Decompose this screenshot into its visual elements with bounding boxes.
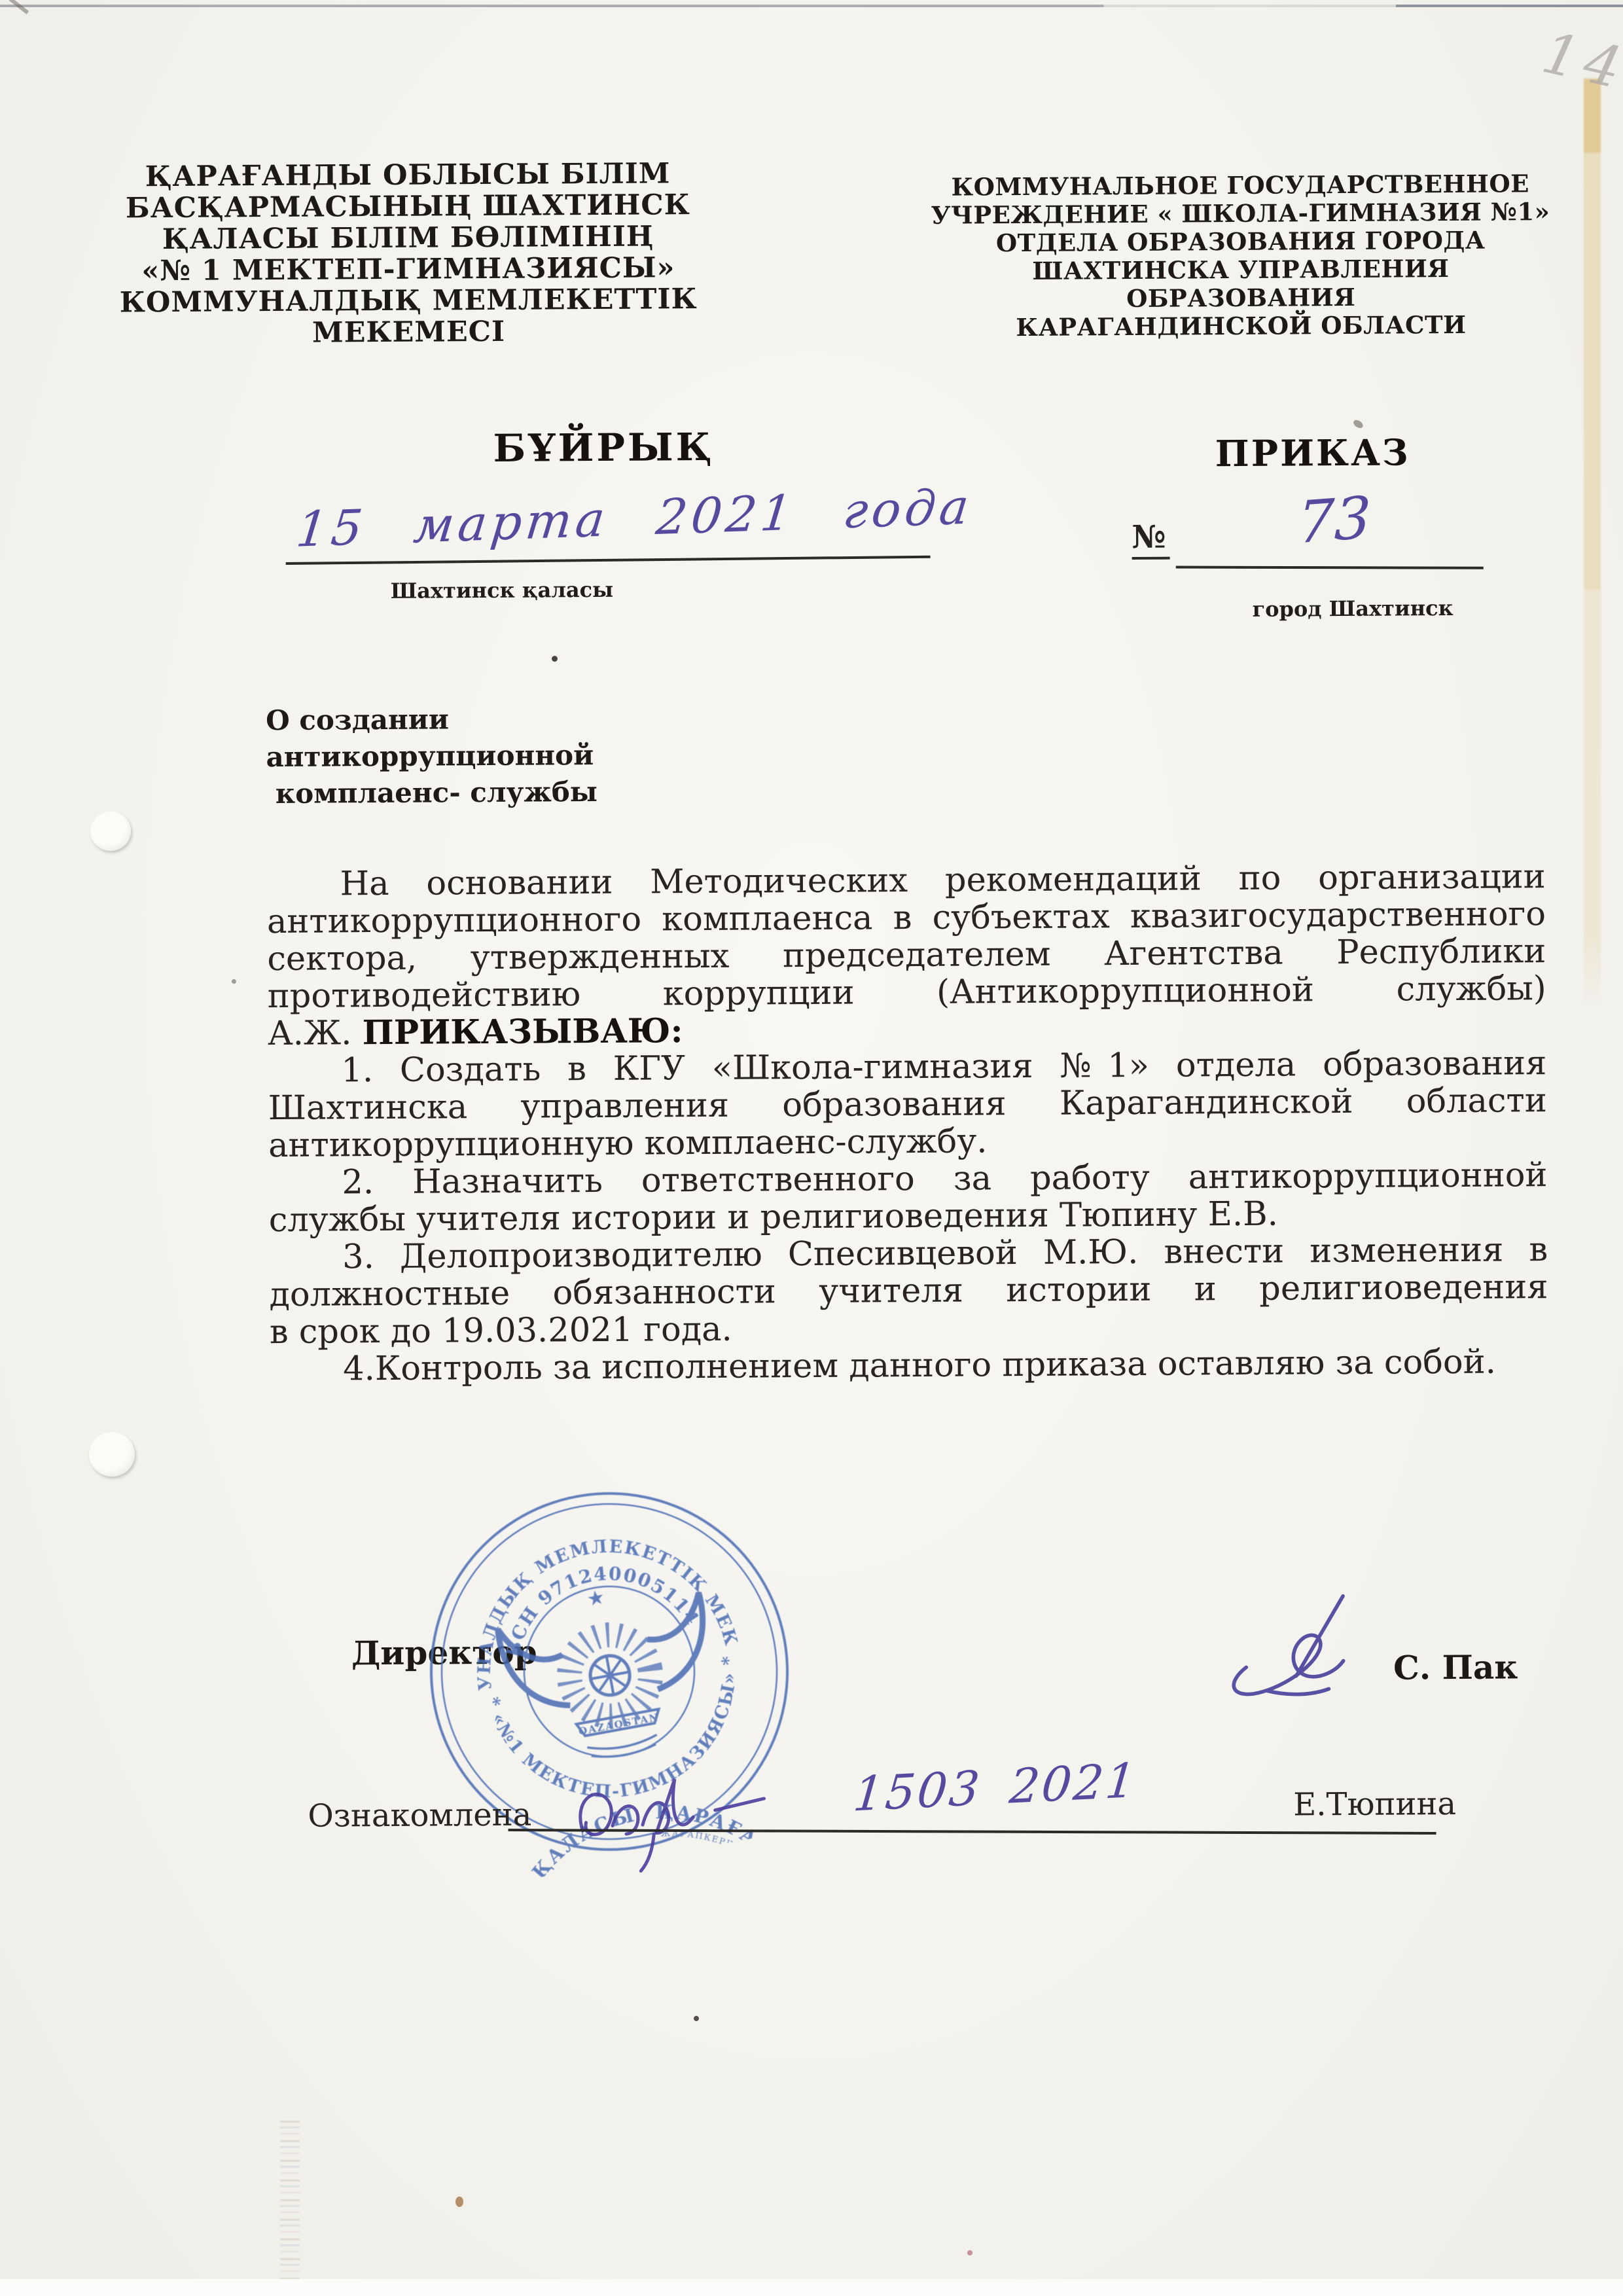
org-name-kazakh: ҚАРАҒАНДЫ ОБЛЫСЫ БІЛІМ БАСҚАРМАСЫНЫҢ ШАХ… bbox=[107, 158, 710, 350]
number-sign: № bbox=[1132, 519, 1170, 560]
body-line: 4.Контроль за исполнением данного приказ… bbox=[270, 1343, 1548, 1388]
org-name-ru-line: КАРАГАНДИНСКОЙ ОБЛАСТИ bbox=[920, 310, 1561, 342]
scan-speck bbox=[1352, 418, 1364, 429]
handwritten-order-number: 73 bbox=[1297, 483, 1372, 556]
org-name-ru-line: УЧРЕЖДЕНИЕ « ШКОЛА-ГИМНАЗИЯ №1» bbox=[919, 198, 1561, 230]
number-underline bbox=[1176, 566, 1484, 569]
org-name-kk-line: ҚАЛАСЫ БІЛІМ БӨЛІМІНІҢ bbox=[107, 221, 709, 256]
acknowledged-signature bbox=[568, 1740, 876, 1873]
order-body: На основании Методических рекомендаций п… bbox=[266, 858, 1548, 1388]
document-page: 14 ҚАРАҒАНДЫ ОБЛЫСЫ БІЛІМ БАСҚАРМАСЫНЫҢ … bbox=[0, 0, 1623, 2296]
org-name-ru-line: ОТДЕЛА ОБРАЗОВАНИЯ ГОРОДА bbox=[920, 226, 1561, 258]
acknowledged-label: Ознакомлена bbox=[308, 1797, 531, 1835]
org-name-kk-line: КОММУНАЛДЫҚ МЕМЛЕКЕТТІК bbox=[107, 283, 709, 319]
body-line: 2. Назначить ответственного за работу ан… bbox=[268, 1157, 1547, 1202]
subject-line: антикоррупционной bbox=[266, 736, 763, 776]
svg-text:★: ★ bbox=[585, 1586, 607, 1611]
org-name-kk-line: ҚАРАҒАНДЫ ОБЛЫСЫ БІЛІМ bbox=[107, 158, 709, 193]
date-underline bbox=[286, 556, 931, 565]
place-russian: город Шахтинск bbox=[1228, 596, 1477, 622]
director-signature bbox=[1219, 1587, 1376, 1706]
org-name-ru-line: КОММУНАЛЬНОЕ ГОСУДАРСТВЕННОЕ bbox=[919, 170, 1561, 202]
subject-line: О создании bbox=[266, 699, 763, 739]
director-name: С. Пак bbox=[1393, 1647, 1518, 1687]
place-kazakh: Шахтинск қаласы bbox=[384, 577, 620, 603]
org-name-kk-line: БАСҚАРМАСЫНЫҢ ШАХТИНСК bbox=[107, 189, 709, 224]
body-line: противодействию коррупции (Антикоррупцио… bbox=[268, 970, 1546, 1015]
order-title-russian: ПРИКАЗ bbox=[1116, 430, 1508, 475]
org-name-ru-line: ШАХТИНСКА УПРАВЛЕНИЯ ОБРАЗОВАНИЯ bbox=[920, 254, 1562, 314]
handwritten-ack-date: 1503 2021 bbox=[851, 1753, 1139, 1822]
body-line: Шахтинска управления образования Караган… bbox=[268, 1082, 1547, 1127]
order-title-kazakh: БҰЙРЫҚ bbox=[407, 424, 800, 471]
org-name-kk-line: МЕКЕМЕСІ bbox=[107, 315, 709, 350]
order-subject: О создании антикоррупционной комплаенс- … bbox=[266, 699, 764, 812]
subject-line: комплаенс- службы bbox=[266, 772, 764, 812]
acknowledged-name: Е.Тюпина bbox=[1293, 1785, 1456, 1823]
org-name-russian: КОММУНАЛЬНОЕ ГОСУДАРСТВЕННОЕ УЧРЕЖДЕНИЕ … bbox=[919, 170, 1562, 342]
handwritten-date: 15 марта 2021 года bbox=[294, 478, 976, 558]
org-name-kk-line: «№ 1 МЕКТЕП-ГИМНАЗИЯСЫ» bbox=[107, 252, 709, 287]
body-line: должностные обязанности учителя истории … bbox=[269, 1268, 1548, 1314]
